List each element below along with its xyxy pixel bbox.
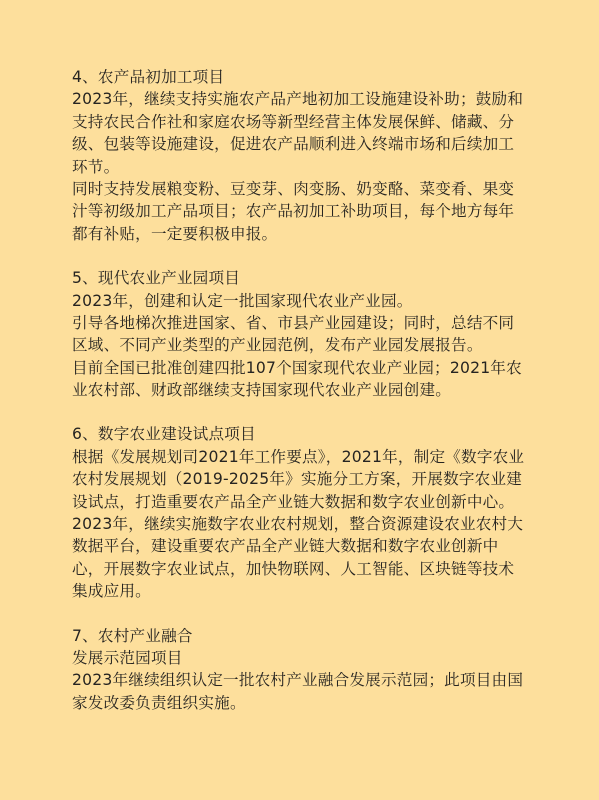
paragraph-line: 2023年，继续实施数字农业农村规划，整合资源建设农业农村大 bbox=[72, 513, 542, 535]
paragraph-line: 设试点，打造重要农产品全产业链大数据和数字农业创新中心。 bbox=[72, 491, 542, 513]
paragraph-line: 2023年，创建和认定一批国家现代农业产业园。 bbox=[72, 290, 542, 312]
paragraph-line: 环节。 bbox=[72, 156, 542, 178]
section-5-industrial-park: 5、现代农业产业园项目 2023年，创建和认定一批国家现代农业产业园。 引导各地… bbox=[72, 267, 542, 401]
paragraph-line: 目前全国已批准创建四批107个国家现代农业产业园；2021年农 bbox=[72, 357, 542, 379]
paragraph-line: 汁等初级加工产品项目；农产品初加工补助项目，每个地方每年 bbox=[72, 200, 542, 222]
paragraph-line: 发展示范园项目 bbox=[72, 647, 542, 669]
section-title: 6、数字农业建设试点项目 bbox=[72, 423, 542, 445]
paragraph-line: 根据《发展规划司2021年工作要点》，2021年，制定《数字农业 bbox=[72, 446, 542, 468]
paragraph-line: 农村发展规划（2019-2025年》实施分工方案，开展数字农业建 bbox=[72, 468, 542, 490]
section-title: 4、农产品初加工项目 bbox=[72, 66, 542, 88]
section-title: 5、现代农业产业园项目 bbox=[72, 267, 542, 289]
paragraph-line: 都有补贴，一定要积极申报。 bbox=[72, 223, 542, 245]
paragraph-line: 同时支持发展粮变粉、豆变芽、肉变肠、奶变酪、菜变肴、果变 bbox=[72, 178, 542, 200]
paragraph-line: 2023年，继续支持实施农产品产地初加工设施建设补助；鼓励和 bbox=[72, 88, 542, 110]
paragraph-line: 业农村部、财政部继续支持国家现代农业产业园创建。 bbox=[72, 379, 542, 401]
document-body: 4、农产品初加工项目 2023年，继续支持实施农产品产地初加工设施建设补助；鼓励… bbox=[72, 66, 542, 736]
paragraph-line: 支持农民合作社和家庭农场等新型经营主体发展保鲜、储藏、分 bbox=[72, 111, 542, 133]
paragraph-line: 数据平台，建设重要农产品全产业链大数据和数字农业创新中 bbox=[72, 535, 542, 557]
section-4-agri-processing: 4、农产品初加工项目 2023年，继续支持实施农产品产地初加工设施建设补助；鼓励… bbox=[72, 66, 542, 245]
section-6-digital-agriculture: 6、数字农业建设试点项目 根据《发展规划司2021年工作要点》，2021年，制定… bbox=[72, 423, 542, 602]
paragraph-line: 集成应用。 bbox=[72, 580, 542, 602]
paragraph-line: 心，开展数字农业试点，加快物联网、人工智能、区块链等技术 bbox=[72, 558, 542, 580]
section-7-rural-integration: 7、农村产业融合 发展示范园项目 2023年继续组织认定一批农村产业融合发展示范… bbox=[72, 625, 542, 715]
paragraph-line: 2023年继续组织认定一批农村产业融合发展示范园；此项目由国 bbox=[72, 669, 542, 691]
paragraph-line: 家发改委负责组织实施。 bbox=[72, 692, 542, 714]
paragraph-line: 引导各地梯次推进国家、省、市县产业园建设；同时，总结不同 bbox=[72, 312, 542, 334]
section-title: 7、农村产业融合 bbox=[72, 625, 542, 647]
paragraph-line: 区域、不同产业类型的产业园范例，发布产业园发展报告。 bbox=[72, 334, 542, 356]
document-page: 4、农产品初加工项目 2023年，继续支持实施农产品产地初加工设施建设补助；鼓励… bbox=[0, 0, 599, 800]
paragraph-line: 级、包装等设施建设，促进农产品顺利进入终端市场和后续加工 bbox=[72, 133, 542, 155]
